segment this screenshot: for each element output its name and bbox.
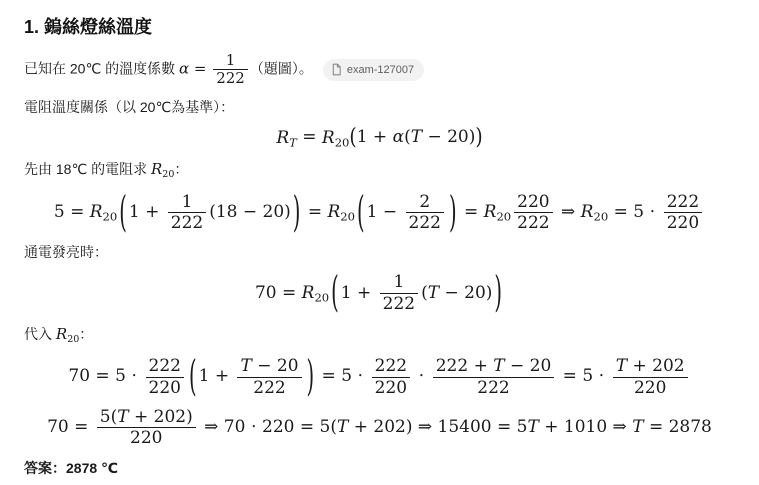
denominator: 222 [433, 377, 555, 398]
variable-base: R [276, 128, 289, 148]
denominator: 222 [237, 377, 301, 398]
text-run: 電阻溫度關係（以 20℃為基準）： [24, 99, 234, 115]
numerator: 220 [514, 192, 552, 212]
math-roman: 1 + [199, 366, 235, 387]
numerator: 1 [168, 192, 206, 212]
variable-subscript: 20 [496, 209, 511, 223]
denominator: 220 [372, 377, 410, 398]
math-line: 70 = 5 ⋅ 222220(1 + T − 20222) = 5 ⋅ 222… [68, 356, 690, 398]
text-run: 先由 18℃ 的電阻求 [24, 161, 151, 177]
math-roman: 1 [182, 192, 193, 212]
math-roman: = 5 ⋅ [316, 366, 369, 387]
solution-document: 1. 鎢絲燈絲溫度 已知在 20℃ 的溫度係數 α = 1222（題圖）。exa… [0, 0, 759, 479]
variable-subscript: 20 [340, 209, 355, 223]
variable-subscript: 20 [162, 169, 174, 180]
variable-base: R [327, 202, 340, 222]
math-variable: T [632, 417, 643, 438]
numerator: 222 [664, 192, 702, 212]
open-paren: ( [119, 191, 127, 233]
math-roman: 222 [383, 294, 415, 314]
fraction: 2222 [406, 192, 444, 234]
variable-base: R [322, 128, 335, 148]
citation-chip[interactable]: exam-127007 [323, 59, 424, 82]
eq-lit-condition: 70 = R20(1 + 1222(T − 20)) [24, 272, 735, 314]
open-paren: ( [189, 356, 197, 398]
denominator: 222 [380, 293, 418, 314]
math-roman: 222 [149, 356, 181, 376]
text-run: 通電發亮時： [24, 244, 108, 260]
fraction: 1222 [168, 192, 206, 234]
math-roman: 222 [477, 378, 509, 398]
numerator: 222 [146, 356, 184, 376]
close-paren: ) [475, 127, 482, 150]
relation-label: 電阻溫度關係（以 20℃為基準）： [24, 97, 735, 118]
math-roman: + 202) [129, 407, 193, 427]
math-variable: R20 [56, 323, 79, 347]
eq-final-solve: 70 = 5(T + 202)220 ⇒ 70 ⋅ 220 = 5(T + 20… [24, 407, 735, 449]
numerator: 5(T + 202) [97, 407, 196, 427]
math-roman: = [297, 127, 322, 148]
math-variable: T [337, 417, 348, 438]
math-roman: ( [404, 127, 411, 148]
open-paren: ( [357, 191, 365, 233]
math-roman: 222 [517, 213, 549, 233]
denominator: 222 [168, 212, 206, 233]
fraction: 1222 [380, 272, 418, 314]
denominator: 220 [664, 212, 702, 233]
document-icon [331, 63, 342, 76]
eq-resistance-temperature: RT = R20(1 + α(T − 20)) [24, 127, 735, 150]
math-roman: = 2878 [644, 417, 712, 438]
open-paren: ( [331, 272, 339, 314]
text-run: ： [174, 161, 188, 177]
variable-base: R [581, 202, 594, 222]
variable-base: R [56, 325, 67, 343]
math-line: 70 = R20(1 + 1222(T − 20)) [255, 272, 504, 314]
math-roman: 222 [667, 192, 699, 212]
numerator: 1 [380, 272, 418, 292]
numerator: T + 202 [613, 356, 688, 376]
variable-subscript: 20 [103, 209, 118, 223]
math-roman: 220 [130, 428, 162, 448]
math-roman: 222 [171, 213, 203, 233]
eq-solve-r20: 5 = R20(1 + 1222(18 − 20)) = R20(1 − 222… [24, 192, 735, 234]
math-roman: = [189, 59, 211, 77]
variable-subscript: 20 [335, 135, 350, 149]
fraction: 1222 [213, 52, 248, 88]
fraction: 5(T + 202)220 [97, 407, 196, 449]
variable-subscript: 20 [67, 334, 79, 345]
denominator: 220 [146, 377, 184, 398]
fraction: T + 202220 [613, 356, 688, 398]
math-roman: 222 [409, 213, 441, 233]
math-roman: (18 − 20) [209, 202, 291, 223]
numerator: T − 20 [237, 356, 301, 376]
math-variable: R20 [151, 158, 174, 182]
math-variable: α [393, 127, 404, 148]
math-roman: ⇒ [556, 202, 581, 223]
denominator: 222 [406, 212, 444, 233]
math-roman: = 5 ⋅ [557, 366, 610, 387]
math-roman: 1 + [341, 283, 377, 304]
variable-subscript: 20 [593, 209, 608, 223]
math-roman: 220 [149, 378, 181, 398]
math-roman: 222 [216, 69, 245, 87]
math-roman: + 202) ⇒ 15400 = 5 [348, 417, 527, 438]
solution-content: 已知在 20℃ 的溫度係數 α = 1222（題圖）。exam-127007電阻… [24, 52, 735, 479]
fraction: 222220 [664, 192, 702, 234]
denominator: 220 [613, 377, 688, 398]
denominator: 222 [514, 212, 552, 233]
close-paren: ) [293, 191, 301, 233]
step3-label: 代入 R20： [24, 323, 735, 347]
math-roman: 222 + [436, 356, 494, 376]
math-variable: T [428, 283, 439, 304]
text-run: ： [79, 326, 93, 342]
math-roman: = 5 ⋅ [608, 202, 661, 223]
math-roman: 70 = 5 ⋅ [68, 366, 142, 387]
math-roman: ⇒ 70 ⋅ 220 = 5( [199, 417, 337, 438]
variable-base: R [90, 202, 103, 222]
math-roman: − 20 [252, 356, 299, 376]
math-roman: 70 = [47, 417, 94, 438]
close-paren: ) [494, 272, 502, 314]
text-run: （題圖）。 [250, 60, 313, 76]
open-paren: ( [349, 127, 356, 150]
numerator: 222 [372, 356, 410, 376]
fraction: 222220 [372, 356, 410, 398]
math-line: 70 = 5(T + 202)220 ⇒ 70 ⋅ 220 = 5(T + 20… [47, 407, 712, 449]
math-variable: R20 [327, 201, 355, 224]
math-variable: T [616, 356, 627, 376]
math-roman: 70 = [255, 283, 302, 304]
math-variable: RT [276, 127, 297, 150]
math-roman: 220 [517, 192, 549, 212]
numerator: 1 [223, 52, 239, 69]
math-roman: 1 [393, 272, 404, 292]
math-variable: R20 [322, 127, 350, 150]
numerator: 2 [406, 192, 444, 212]
math-variable: R20 [302, 282, 330, 305]
math-roman: 1 + [357, 127, 393, 148]
math-line: 5 = R20(1 + 1222(18 − 20)) = R20(1 − 222… [54, 192, 705, 234]
math-variable: R20 [581, 201, 609, 224]
numerator: 222 + T − 20 [433, 356, 555, 376]
math-roman: − 20) [422, 127, 475, 148]
math-roman: 1 [226, 51, 236, 69]
math-roman: 220 [667, 213, 699, 233]
math-roman: 1 − [367, 202, 403, 223]
page-title: 1. 鎢絲燈絲溫度 [24, 13, 735, 39]
variable-subscript: T [289, 135, 297, 149]
math-roman: 2 [419, 192, 430, 212]
text-run: 答案：2878 ℃ [24, 460, 118, 476]
math-variable: T [411, 127, 422, 148]
math-roman: = [459, 202, 484, 223]
math-roman: 222 [253, 378, 285, 398]
variable-base: R [484, 202, 497, 222]
math-variable: T [493, 356, 504, 376]
close-paren: ) [307, 356, 315, 398]
step2-label: 通電發亮時： [24, 242, 735, 263]
close-paren: ) [449, 191, 457, 233]
math-variable: T [240, 356, 251, 376]
text-run: 代入 [24, 326, 56, 342]
variable-subscript: 20 [314, 290, 329, 304]
fraction: 222220 [146, 356, 184, 398]
math-roman: + 202 [627, 356, 685, 376]
fraction: 220222 [514, 192, 552, 234]
fraction: T − 20222 [237, 356, 301, 398]
math-roman: 1 + [129, 202, 165, 223]
math-variable: T [117, 407, 128, 427]
intro-paragraph: 已知在 20℃ 的溫度係數 α = 1222（題圖）。exam-127007 [24, 52, 735, 88]
math-variable: R20 [484, 201, 512, 224]
math-roman: + 1010 ⇒ [539, 417, 632, 438]
text-run: 已知在 20℃ 的溫度係數 [24, 60, 179, 76]
math-roman: 220 [375, 378, 407, 398]
math-roman: 5( [100, 407, 117, 427]
math-roman: − 20) [439, 283, 492, 304]
math-roman: = [302, 202, 327, 223]
fraction: 222 + T − 20222 [433, 356, 555, 398]
variable-base: R [302, 283, 315, 303]
step1-label: 先由 18℃ 的電阻求 R20： [24, 158, 735, 182]
math-variable: T [527, 417, 538, 438]
math-variable: α [179, 59, 189, 77]
math-roman: 222 [375, 356, 407, 376]
math-variable: R20 [90, 201, 118, 224]
answer-line: 答案：2878 ℃ [24, 458, 735, 479]
math-roman: 220 [634, 378, 666, 398]
variable-base: R [151, 160, 162, 178]
math-roman: 5 = [54, 202, 90, 223]
math-roman: ⋅ [413, 366, 430, 387]
denominator: 222 [213, 69, 248, 87]
citation-label: exam-127007 [347, 62, 414, 79]
math-roman: − 20 [505, 356, 552, 376]
math-line: RT = R20(1 + α(T − 20)) [276, 127, 482, 150]
eq-substitute: 70 = 5 ⋅ 222220(1 + T − 20222) = 5 ⋅ 222… [24, 356, 735, 398]
denominator: 220 [97, 427, 196, 448]
math-roman: ( [421, 283, 428, 304]
